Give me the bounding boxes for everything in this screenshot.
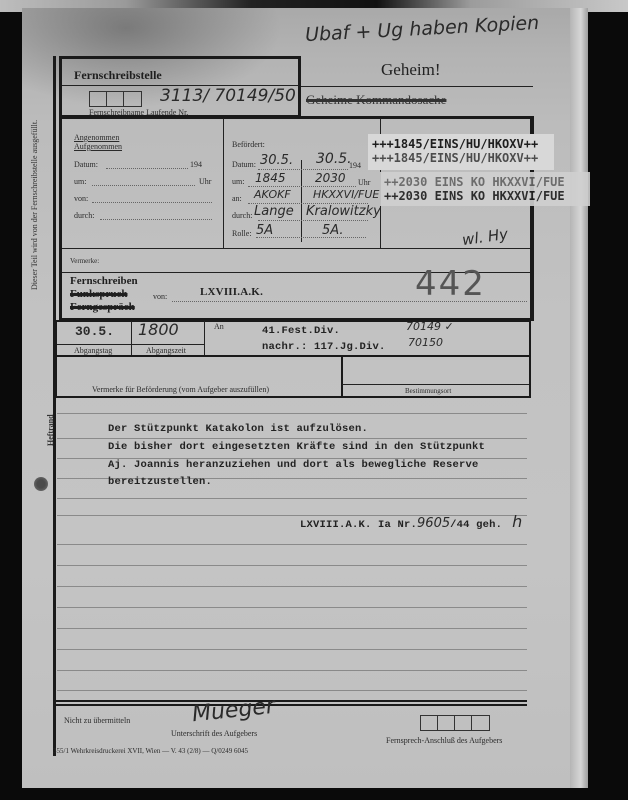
forwarded-an-2: HKXXVI/FUE <box>313 188 379 201</box>
dispatch-an-label: An <box>214 322 224 331</box>
message-line-3: Aj. Joannis heranzuziehen und dort als b… <box>108 459 479 471</box>
forwarded-rolle-2: 5A. <box>322 223 344 238</box>
left-border <box>53 56 56 756</box>
message-line-4: bereitzustellen. <box>108 476 212 488</box>
field-line <box>248 186 356 187</box>
name-number-value: 3113/ 70149/50 <box>160 86 296 106</box>
remarks-label: Vermerke: <box>70 257 99 265</box>
forwarded-durch-2: Kralowitzky <box>306 204 381 219</box>
print-info: 355/1 Wehrkreisdruckerei XVII, Wien — V.… <box>53 747 248 755</box>
teletype-strip-2-line-2: ++2030 EINS KO HKXXVI/FUE <box>384 189 586 203</box>
reference-suffix: /44 geh. <box>450 519 502 531</box>
received-datum-label: Datum: <box>74 160 98 169</box>
forwarded-um-2: 2030 <box>315 171 346 185</box>
forwarded-an-1: AKOKF <box>254 188 291 201</box>
copy-note: 70150 <box>408 336 443 349</box>
message-line-1: Der Stützpunkt Katakolon ist aufzulösen. <box>108 423 368 435</box>
sender-value: LXVIII.A.K. <box>200 286 263 298</box>
field-line <box>106 168 188 169</box>
ruled-line <box>57 670 527 671</box>
reference-line: LXVIII.A.K. Ia Nr.9605/44 geh. h <box>300 512 522 532</box>
message-type-phone-struck: Ferngespräch <box>70 301 135 313</box>
ruled-line <box>57 649 527 650</box>
classification-struck: Geheime Kommandosache <box>306 92 446 108</box>
field-line <box>258 169 348 170</box>
forwarded-datum-1: 30.5. <box>260 153 293 168</box>
forwarded-um-1: 1845 <box>255 171 286 185</box>
teletype-strip-2: ++2030 EINS KO HKXXVI/FUE ++2030 EINS KO… <box>380 172 590 206</box>
not-transmit-label: Nicht zu übermitteln <box>64 716 130 725</box>
forwarded-title: Befördert: <box>232 140 265 149</box>
ruled-line <box>57 628 527 629</box>
divider <box>342 384 529 385</box>
reference-number: 9605 <box>417 516 450 531</box>
dispatch-time-value: 1800 <box>138 320 179 339</box>
received-von-label: von: <box>74 194 88 203</box>
forwarded-um-label: um: <box>232 177 244 186</box>
classification-label: Geheim! <box>381 60 440 80</box>
ruled-line <box>57 438 527 439</box>
footer-separator <box>55 704 527 706</box>
received-um-label: um: <box>74 177 86 186</box>
received-title-1: Angenommen <box>74 133 119 142</box>
divider <box>341 356 343 397</box>
divider <box>57 344 204 345</box>
ruled-line <box>57 690 527 691</box>
forwarded-durch-label: durch: <box>232 211 252 220</box>
copy-recipient: nachr.: 117.Jg.Div. <box>262 341 386 353</box>
ruled-line <box>57 413 527 414</box>
ruled-line <box>57 565 527 566</box>
divider <box>301 86 533 87</box>
divider <box>131 321 132 355</box>
forwarded-rolle-label: Rolle: <box>232 229 252 238</box>
field-line <box>258 220 368 221</box>
punch-hole <box>34 477 48 491</box>
recipient: 41.Fest.Div. <box>262 325 340 337</box>
forwarding-notes-label: Vermerke für Beförderung (vom Aufgeber a… <box>92 385 269 394</box>
field-line <box>100 219 212 220</box>
phone-boxes <box>420 715 490 731</box>
signature-label: Unterschrift des Aufgebers <box>171 729 257 738</box>
message-type-radio-struck: Funkspruch <box>70 288 127 300</box>
handwritten-number: 442 <box>415 264 486 304</box>
divider <box>204 321 205 355</box>
ruled-line <box>57 586 527 587</box>
teletype-strip-1: +++1845/EINS/HU/HKOXV++ +++1845/EINS/HU/… <box>368 134 554 170</box>
forwarded-an-label: an: <box>232 194 242 203</box>
dispatch-time-label: Abgangszeit <box>146 346 186 355</box>
forwarded-rolle-1: 5A <box>256 223 273 238</box>
divider <box>57 355 529 357</box>
header-section-label: Fernschreibstelle <box>74 68 162 83</box>
received-title-2: Aufgenommen <box>74 142 122 151</box>
forwarded-datum-2: 30.5. <box>316 151 352 167</box>
ruled-line <box>57 498 527 499</box>
footer-separator <box>55 700 527 702</box>
forwarded-uhr-label: Uhr <box>358 178 370 187</box>
forwarded-durch-1: Lange <box>254 204 294 219</box>
destination-label: Bestimmungsort <box>405 387 451 395</box>
reference-mark: h <box>512 512 522 531</box>
teletype-strip-2-line-1: ++2030 EINS KO HKXXVI/FUE <box>384 175 586 189</box>
received-year-prefix: 194 <box>190 160 202 169</box>
forwarded-datum-label: Datum: <box>232 160 256 169</box>
divider <box>223 118 224 248</box>
name-boxes <box>89 91 142 107</box>
divider <box>301 160 302 242</box>
message-line-2: Die bisher dort eingesetzten Kräfte sind… <box>108 441 485 453</box>
teletype-strip-1-line-2: +++1845/EINS/HU/HKOXV++ <box>372 151 550 165</box>
phone-label: Fernsprech-Anschluß des Aufgebers <box>386 736 502 745</box>
sender-von-label: von: <box>153 292 167 301</box>
ruled-line <box>57 607 527 608</box>
paper-edge <box>570 8 588 788</box>
field-line <box>92 185 195 186</box>
ruled-line <box>57 544 527 545</box>
divider <box>62 248 532 249</box>
field-line <box>92 202 212 203</box>
side-note-vertical: Dieser Teil wird von der Fernschreibstel… <box>30 120 39 290</box>
reference-prefix: LXVIII.A.K. Ia Nr. <box>300 519 417 531</box>
message-type-teletype: Fernschreiben <box>70 275 138 287</box>
recipient-note: 70149 ✓ <box>406 320 454 333</box>
dispatch-day-value: 30.5. <box>75 324 114 339</box>
received-durch-label: durch: <box>74 211 94 220</box>
received-uhr-label: Uhr <box>199 177 211 186</box>
teletype-strip-1-line-1: +++1845/EINS/HU/HKOXV++ <box>372 137 550 151</box>
dispatch-day-label: Abgangstag <box>74 346 112 355</box>
